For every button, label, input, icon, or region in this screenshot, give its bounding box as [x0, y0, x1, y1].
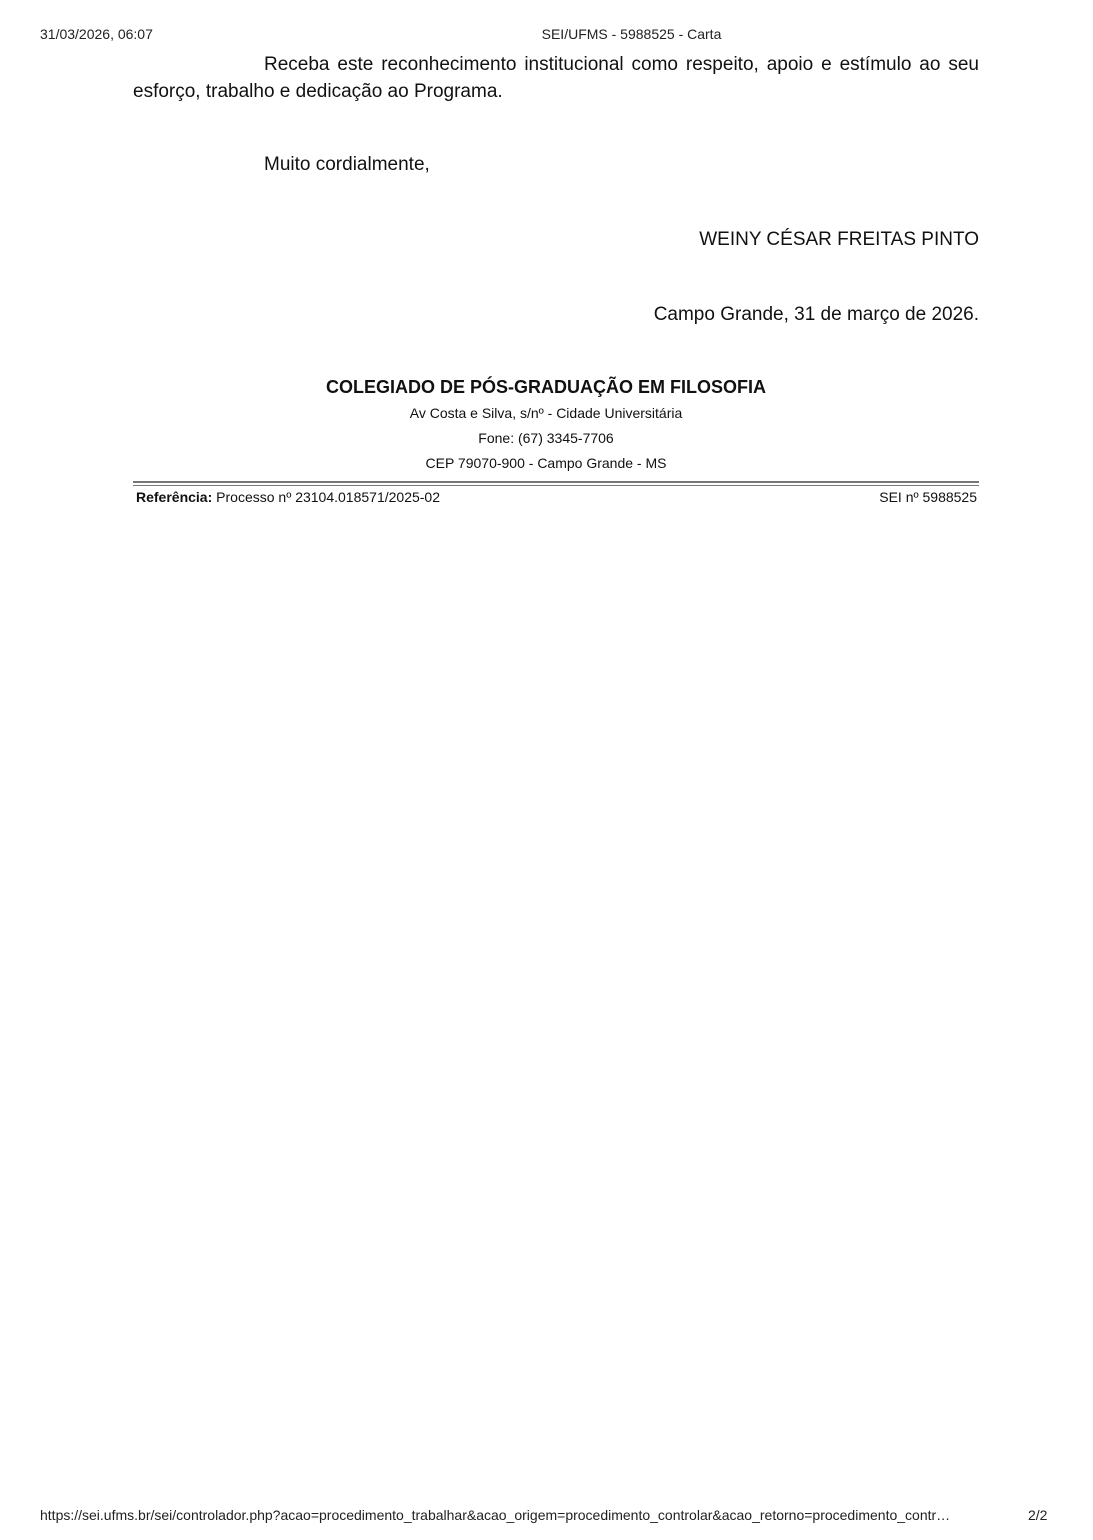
organization-address: Av Costa e Silva, s/nº - Cidade Universi…	[133, 405, 959, 421]
place-date: Campo Grande, 31 de março de 2026.	[133, 301, 979, 328]
organization-name: COLEGIADO DE PÓS-GRADUAÇÃO EM FILOSOFIA	[133, 377, 959, 398]
print-title: SEI/UFMS - 5988525 - Carta	[542, 26, 722, 42]
reference-bar: Referência: Processo nº 23104.018571/202…	[136, 489, 977, 505]
reference-label: Referência:	[136, 489, 212, 505]
divider	[133, 485, 979, 486]
print-url: https://sei.ufms.br/sei/controlador.php?…	[40, 1507, 1000, 1523]
letter-paragraph: Receba este reconhecimento institucional…	[133, 51, 979, 105]
print-title-wrap: SEI/UFMS - 5988525 - Carta	[0, 26, 1093, 42]
divider	[133, 481, 979, 483]
reference-process-wrap: Referência: Processo nº 23104.018571/202…	[136, 489, 440, 505]
signer-name: WEINY CÉSAR FREITAS PINTO	[133, 226, 979, 253]
organization-cep: CEP 79070-900 - Campo Grande - MS	[133, 455, 959, 471]
reference-process: Processo nº 23104.018571/2025-02	[216, 489, 440, 505]
print-page-number: 2/2	[1028, 1507, 1047, 1523]
organization-phone: Fone: (67) 3345-7706	[133, 430, 959, 446]
letter-closing: Muito cordialmente,	[264, 151, 430, 178]
reference-sei-number: SEI nº 5988525	[879, 489, 977, 505]
